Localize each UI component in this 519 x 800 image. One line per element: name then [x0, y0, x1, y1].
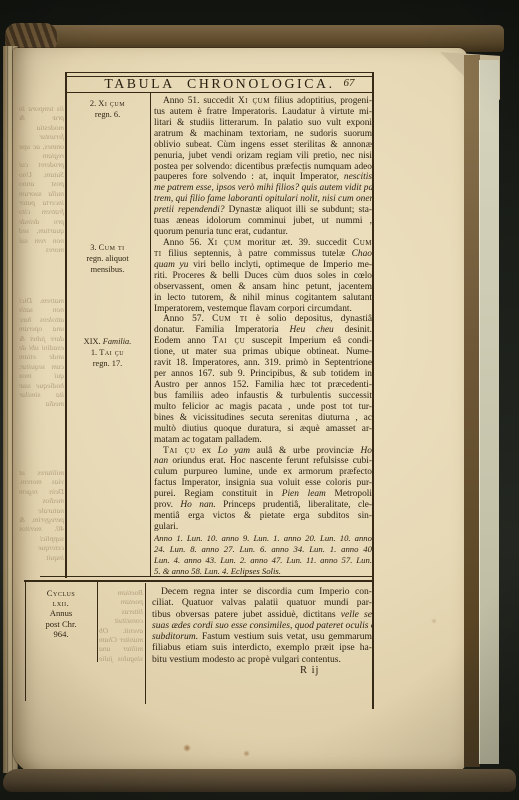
- text-line: ravit 18. Imperatores, ann. 319. primò i…: [154, 358, 372, 369]
- text-segment: Imperatorem, vestemque flavam corpori ci…: [154, 304, 352, 314]
- text-segment: tuas æneas idolorum comminui jubet, ut n…: [154, 216, 372, 226]
- text-line: in lecto tutorem, & nihil minus cogitant…: [154, 293, 372, 304]
- text-segment: bitu vestium modesto ac propè vulgari co…: [152, 654, 341, 665]
- text-segment: me patrem esse, ipsos verò mihi filios? …: [154, 183, 372, 193]
- text-segment: 1.: [91, 348, 99, 357]
- text-segment: ex: [196, 446, 218, 456]
- text-segment: litari & studiis litterarum. In palatio …: [154, 118, 372, 128]
- text-line: subditorum. Fastum vestium suis vetat, u…: [152, 631, 372, 642]
- text-segment: Fastum vestium suis vetat, usu gemmarum: [198, 631, 372, 642]
- margin-note-line: 3. Cum ti: [66, 243, 149, 254]
- text-segment: Tai çu: [212, 336, 245, 346]
- margin-note: 2. Xi çumregn. 6.: [66, 99, 149, 121]
- margin-note-line: lxii.: [27, 598, 95, 608]
- text-line: gulari.: [154, 522, 372, 533]
- text-segment: XIX.: [84, 337, 103, 346]
- text-segment: oblivio subeat. Cùm ingens esset sterili…: [154, 140, 372, 150]
- text-segment: Xi çum: [207, 238, 241, 248]
- text-line: ciliat. Quatuor valvas palatii quatuor m…: [152, 597, 372, 608]
- text-line: donatur. Familia Imperatoria Heu cheu de…: [154, 325, 372, 336]
- text-segment: Eodem anno: [154, 336, 212, 346]
- text-line: postea per solvendo: dicentibus præfecti…: [154, 162, 372, 173]
- text-segment: quam yu: [154, 260, 188, 270]
- text-segment: moritur æt. 39. succedit: [241, 238, 352, 248]
- text-segment: quorum penuria tunc erat, cudantur.: [154, 227, 288, 237]
- text-line: litari & studiis litterarum. In palatio …: [154, 118, 372, 129]
- margin-column-bottom: Cycluslxii.Annuspost Chr.964.: [27, 582, 95, 702]
- text-segment: Cum ti: [99, 243, 125, 252]
- text-segment: culum purpureo lumine, unde ex armorum p…: [154, 467, 372, 477]
- text-segment: observassent, omen & ansam hinc petunt, …: [154, 282, 372, 292]
- text-line: Anno 57. Cum ti è solio depositus, dynas…: [154, 314, 372, 325]
- margin-note-line: 2. Xi çum: [66, 99, 149, 110]
- margin-note-line: 964.: [27, 629, 95, 639]
- bleedthrough-text: matrem. Dici non satis attolens hæc una …: [19, 296, 64, 446]
- text-segment: viri bello inclyti, optimeque de Imperio…: [188, 260, 372, 270]
- text-segment: regn. 6.: [95, 110, 120, 119]
- text-segment: mensibus.: [91, 265, 125, 274]
- text-segment: Metropoli: [326, 489, 372, 499]
- page-title: TABULA CHRONOLOGICA.: [66, 76, 373, 92]
- text-segment: filiabus etiam suis interdicto, exemplo …: [152, 642, 372, 653]
- margin-note-line: regn. aliquot: [66, 254, 149, 265]
- text-segment: matam ac togatam palladem.: [154, 435, 262, 445]
- page-number: 67: [336, 77, 362, 89]
- text-line: penuria, jubet vendi orizam regiam vili …: [154, 151, 372, 162]
- text-segment: nan: [154, 456, 168, 466]
- text-segment: Ho: [361, 446, 372, 456]
- frame-right-rule-bottom: [372, 578, 374, 709]
- text-segment: Tai çu: [99, 348, 124, 357]
- frame-right-rule-top: [372, 72, 374, 578]
- margin-column-top: 2. Xi çumregn. 6.3. Cum tiregn. aliquotm…: [66, 92, 149, 577]
- margin-note-line: XIX. Familia.: [66, 337, 149, 348]
- text-segment: in lecto tutorem, & nihil minus cogitant…: [154, 293, 372, 303]
- text-line: Austro per annos 152. Familia hæc tot pr…: [154, 380, 372, 391]
- text-line: prov. Ho nan. Princeps prudentiâ, libera…: [154, 500, 372, 511]
- text-segment: desinit.: [334, 325, 372, 335]
- text-line: 24. Lun. 8. anno 27. Lun. 6. anno 34. Lu…: [154, 544, 372, 555]
- text-line: purei. Regiam constituit in Pien leam Me…: [154, 489, 372, 500]
- text-line: tuas æneas idolorum comminui jubet, ut n…: [154, 216, 372, 227]
- text-line: quam yu viri bello inclyti, optimeque de…: [154, 260, 372, 271]
- text-line: riti. Proceres & belli Duces cùm duos so…: [154, 271, 372, 282]
- text-segment: regn. 17.: [93, 359, 123, 368]
- text-segment: aulâ & urbe provinciæ: [250, 446, 361, 456]
- text-line: culum purpureo lumine, unde ex armorum p…: [154, 467, 372, 478]
- text-segment: purei. Regiam constituit in: [154, 489, 282, 499]
- text-segment: 24. Lun. 8. anno 27. Lun. 6. anno 34. Lu…: [154, 544, 372, 554]
- text-segment: trem, qui filio fame laboranti opitulari…: [154, 194, 372, 204]
- margin-note: 3. Cum tiregn. aliquotmensibus.: [66, 243, 149, 275]
- text-segment: ravit 18. Imperatores, ann. 319. primò i…: [154, 358, 372, 368]
- text-segment: factus Imperator, insignia sua voluit es…: [154, 478, 372, 488]
- text-line: tibus obversas patere jubet assiduè, dic…: [152, 609, 372, 620]
- text-segment: pretii rependendi?: [154, 205, 229, 215]
- text-segment: Decem regna inter se discordia cum Imper…: [161, 586, 372, 597]
- text-segment: 3.: [90, 243, 98, 252]
- text-segment: velle se: [341, 609, 372, 620]
- main-text-top: Anno 51. succedit Xi çum filius adoptiti…: [154, 96, 372, 577]
- text-segment: Cum: [353, 238, 372, 248]
- main-text-bottom: Decem regna inter se discordia cum Imper…: [152, 586, 372, 665]
- margin-divider-rule-top: [150, 92, 152, 577]
- text-segment: suscepit Imperium eâ condi-: [245, 336, 372, 346]
- text-segment: donatur. Familia Imperatoria: [154, 325, 290, 335]
- text-line: nan oriundus erat. Hoc nascente ferunt r…: [154, 456, 372, 467]
- text-segment: gulari.: [154, 522, 178, 532]
- text-line: suas ædes cordi suo esse consimiles, quo…: [152, 620, 372, 631]
- margin-note-line: 1. Tai çu: [66, 348, 149, 359]
- text-line: Anno 56. Xi çum moritur æt. 39. succedit…: [154, 238, 372, 249]
- text-segment: Lo yam: [218, 446, 250, 456]
- text-line: oblivio subeat. Cùm ingens esset sterili…: [154, 140, 372, 151]
- text-line: trem, qui filio fame laboranti opitulari…: [154, 194, 372, 205]
- margin-note-line: mensibus.: [66, 265, 149, 276]
- text-segment: filius adoptitius, progeni-: [270, 96, 372, 106]
- text-line: mentiâ erga victos & pietate erga subdit…: [154, 511, 372, 522]
- text-segment: Xi çum: [238, 96, 270, 106]
- text-segment: postea per solvendo: dicentibus præfecti…: [154, 162, 372, 172]
- header-top-rule-1: [66, 72, 373, 73]
- text-segment: Lun. 4. anno 43. Lun. 2. anno 47. Lun. 1…: [154, 555, 372, 565]
- text-line: me patrem esse, ipsos verò mihi filios? …: [154, 183, 372, 194]
- text-line: tus autem è fratre Imperatoris. Laudatur…: [154, 107, 372, 118]
- text-line: ti filius septennis, à patre commissus t…: [154, 249, 372, 260]
- fox-spot: [183, 744, 191, 752]
- text-segment: è solio depositus, dynastiâ: [248, 314, 372, 324]
- text-segment: regn. aliquot: [86, 254, 128, 263]
- text-segment: oriundus erat. Hoc nascente ferunt reful…: [168, 456, 372, 466]
- text-segment: tibus obversas patere jubet assiduè, dic…: [152, 609, 341, 620]
- text-line: Lun. 4. anno 43. Lun. 2. anno 47. Lun. 1…: [154, 555, 372, 566]
- margin-note-line: post Chr.: [27, 619, 95, 629]
- text-segment: Tai çu: [163, 446, 196, 456]
- text-segment: Pien leam: [282, 489, 326, 499]
- bleedthrough-text: militares ut vias morem. Dein regem medi…: [19, 468, 64, 572]
- text-line: tione, ut mater sua primas ubique obtine…: [154, 347, 372, 358]
- text-segment: Xi çum: [98, 99, 125, 108]
- text-segment: prov.: [154, 500, 180, 510]
- text-segment: 5. & anno 58. Lun. 4. Eclipses Solis.: [154, 566, 281, 576]
- text-segment: ciliat. Quatuor valvas palatii quatuor m…: [152, 597, 372, 608]
- text-segment: Anno 56.: [163, 238, 207, 248]
- page-edges-right: [479, 60, 499, 764]
- text-line: Decem regna inter se discordia cum Imper…: [152, 586, 372, 597]
- text-segment: Anno 1. Lun. 10. anno 9. Lun. 1. anno 20…: [154, 533, 372, 543]
- text-line: filiabus etiam suis interdicto, exemplo …: [152, 642, 372, 653]
- text-line: pauperes fore solvendo : at, inquit Impe…: [154, 172, 372, 183]
- text-segment: bus familiis adeo infaustis & turbulenti…: [154, 391, 372, 401]
- text-line: multo felicior ac magis pacata , unde po…: [154, 402, 372, 413]
- fox-spot: [301, 167, 306, 172]
- text-line: 5. & anno 58. Lun. 4. Eclipses Solis.: [154, 566, 372, 577]
- text-line: bitu vestium modesto ac propè vulgari co…: [152, 654, 372, 665]
- text-line: aratrum & machinam textoriam, ne sudoris…: [154, 129, 372, 140]
- margin-note-line: regn. 6.: [66, 110, 149, 121]
- text-segment: Anno 57.: [163, 314, 212, 324]
- text-line: pretii rependendi? Dynastæ aliquot illi …: [154, 205, 372, 216]
- text-line: quorum penuria tunc erat, cudantur.: [154, 227, 372, 238]
- text-segment: Dynastæ aliquot illi se subdunt; sta-: [229, 205, 372, 215]
- text-line: multò diutius quoque duratura, si æquè a…: [154, 424, 372, 435]
- fox-spot: [431, 618, 437, 624]
- signature-mark: R ij: [300, 665, 350, 676]
- book-cover-bottom-edge: [3, 769, 516, 792]
- bleedthrough-text: iis tempora in præ & modestia feruntur o…: [19, 104, 64, 272]
- margin-note: XIX. Familia.1. Tai çuregn. 17.: [66, 337, 149, 369]
- text-segment: aratrum & machinam textoriam, ne sudoris…: [154, 129, 372, 139]
- margin-note-line: Cyclus: [27, 588, 95, 598]
- text-segment: 964.: [53, 629, 68, 639]
- text-line: bus familiis adeo infaustis & turbulenti…: [154, 391, 372, 402]
- bleedthrough-text: Boetiam poetam litteras constituit aveni…: [99, 588, 143, 666]
- text-segment: penuria, jubet vendi orizam regiam vili …: [154, 151, 372, 161]
- text-segment: Chao: [352, 249, 372, 259]
- margin-note-line: Annus: [27, 608, 95, 618]
- text-line: factus Imperator, insignia sua voluit es…: [154, 478, 372, 489]
- text-segment: Cyclus: [47, 588, 75, 598]
- text-line: Tai çu ex Lo yam aulâ & urbe provinciæ H…: [154, 446, 372, 457]
- text-segment: Annus: [50, 608, 72, 618]
- frame-left-rule-bottom: [25, 580, 27, 701]
- text-segment: Ho nan.: [180, 500, 215, 510]
- text-line: Imperatorem, vestemque flavam corpori ci…: [154, 304, 372, 315]
- text-segment: Cum ti: [212, 314, 247, 324]
- text-segment: bines & vicissitudines secuta serenitas …: [154, 413, 372, 423]
- text-line: per annos 167. sub 9. Principibus, & sub…: [154, 369, 372, 380]
- text-segment: suas ædes cordi suo esse consimiles, quo…: [152, 620, 372, 631]
- text-segment: tione, ut mater sua primas ubique obtine…: [154, 347, 372, 357]
- text-line: Anno 51. succedit Xi çum filius adoptiti…: [154, 96, 372, 107]
- text-segment: Heu cheu: [290, 325, 334, 335]
- text-segment: riti. Proceres & belli Duces cùm duos so…: [154, 271, 372, 281]
- text-segment: Anno 51. succedit: [163, 96, 238, 106]
- text-segment: tus autem è fratre Imperatoris. Laudatur…: [154, 107, 372, 117]
- text-segment: mentiâ erga victos & pietate erga subdit…: [154, 511, 372, 521]
- text-segment: multò diutius quoque duratura, si æquè a…: [154, 424, 372, 434]
- text-segment: per annos 167. sub 9. Principibus, & sub…: [154, 369, 372, 379]
- text-segment: Austro per annos 152. Familia hæc tot pr…: [154, 380, 372, 390]
- text-segment: nescitis: [344, 172, 372, 182]
- fox-spot: [243, 750, 250, 757]
- text-segment: Familia.: [103, 337, 132, 346]
- text-segment: ti: [154, 249, 162, 259]
- margin-divider-rule-bottom-2: [145, 583, 147, 704]
- text-line: observassent, omen & ansam hinc petunt, …: [154, 282, 372, 293]
- photo: TABULA CHRONOLOGICA. 67 2. Xi çumregn. 6…: [0, 0, 519, 800]
- text-segment: filius septennis, à patre commissus tute…: [162, 249, 352, 259]
- text-line: Anno 1. Lun. 10. anno 9. Lun. 1. anno 20…: [154, 533, 372, 544]
- margin-divider-rule-bottom-1: [97, 582, 99, 662]
- page-edges-right-shadow: [464, 55, 480, 767]
- text-segment: lxii.: [53, 598, 70, 608]
- text-line: bines & vicissitudines secuta serenitas …: [154, 413, 372, 424]
- text-segment: subditorum.: [152, 631, 198, 642]
- text-segment: multo felicior ac magis pacata , unde po…: [154, 402, 372, 412]
- text-segment: Princeps prudentiâ, liberalitate, cle-: [216, 500, 372, 510]
- text-segment: pauperes fore solvendo : at, inquit Impe…: [154, 172, 344, 182]
- text-line: matam ac togatam palladem.: [154, 435, 372, 446]
- text-segment: post Chr.: [45, 619, 76, 629]
- margin-note-line: regn. 17.: [66, 359, 149, 370]
- margin-note: Cycluslxii.Annuspost Chr.964.: [27, 588, 95, 639]
- text-line: Eodem anno Tai çu suscepit Imperium eâ c…: [154, 336, 372, 347]
